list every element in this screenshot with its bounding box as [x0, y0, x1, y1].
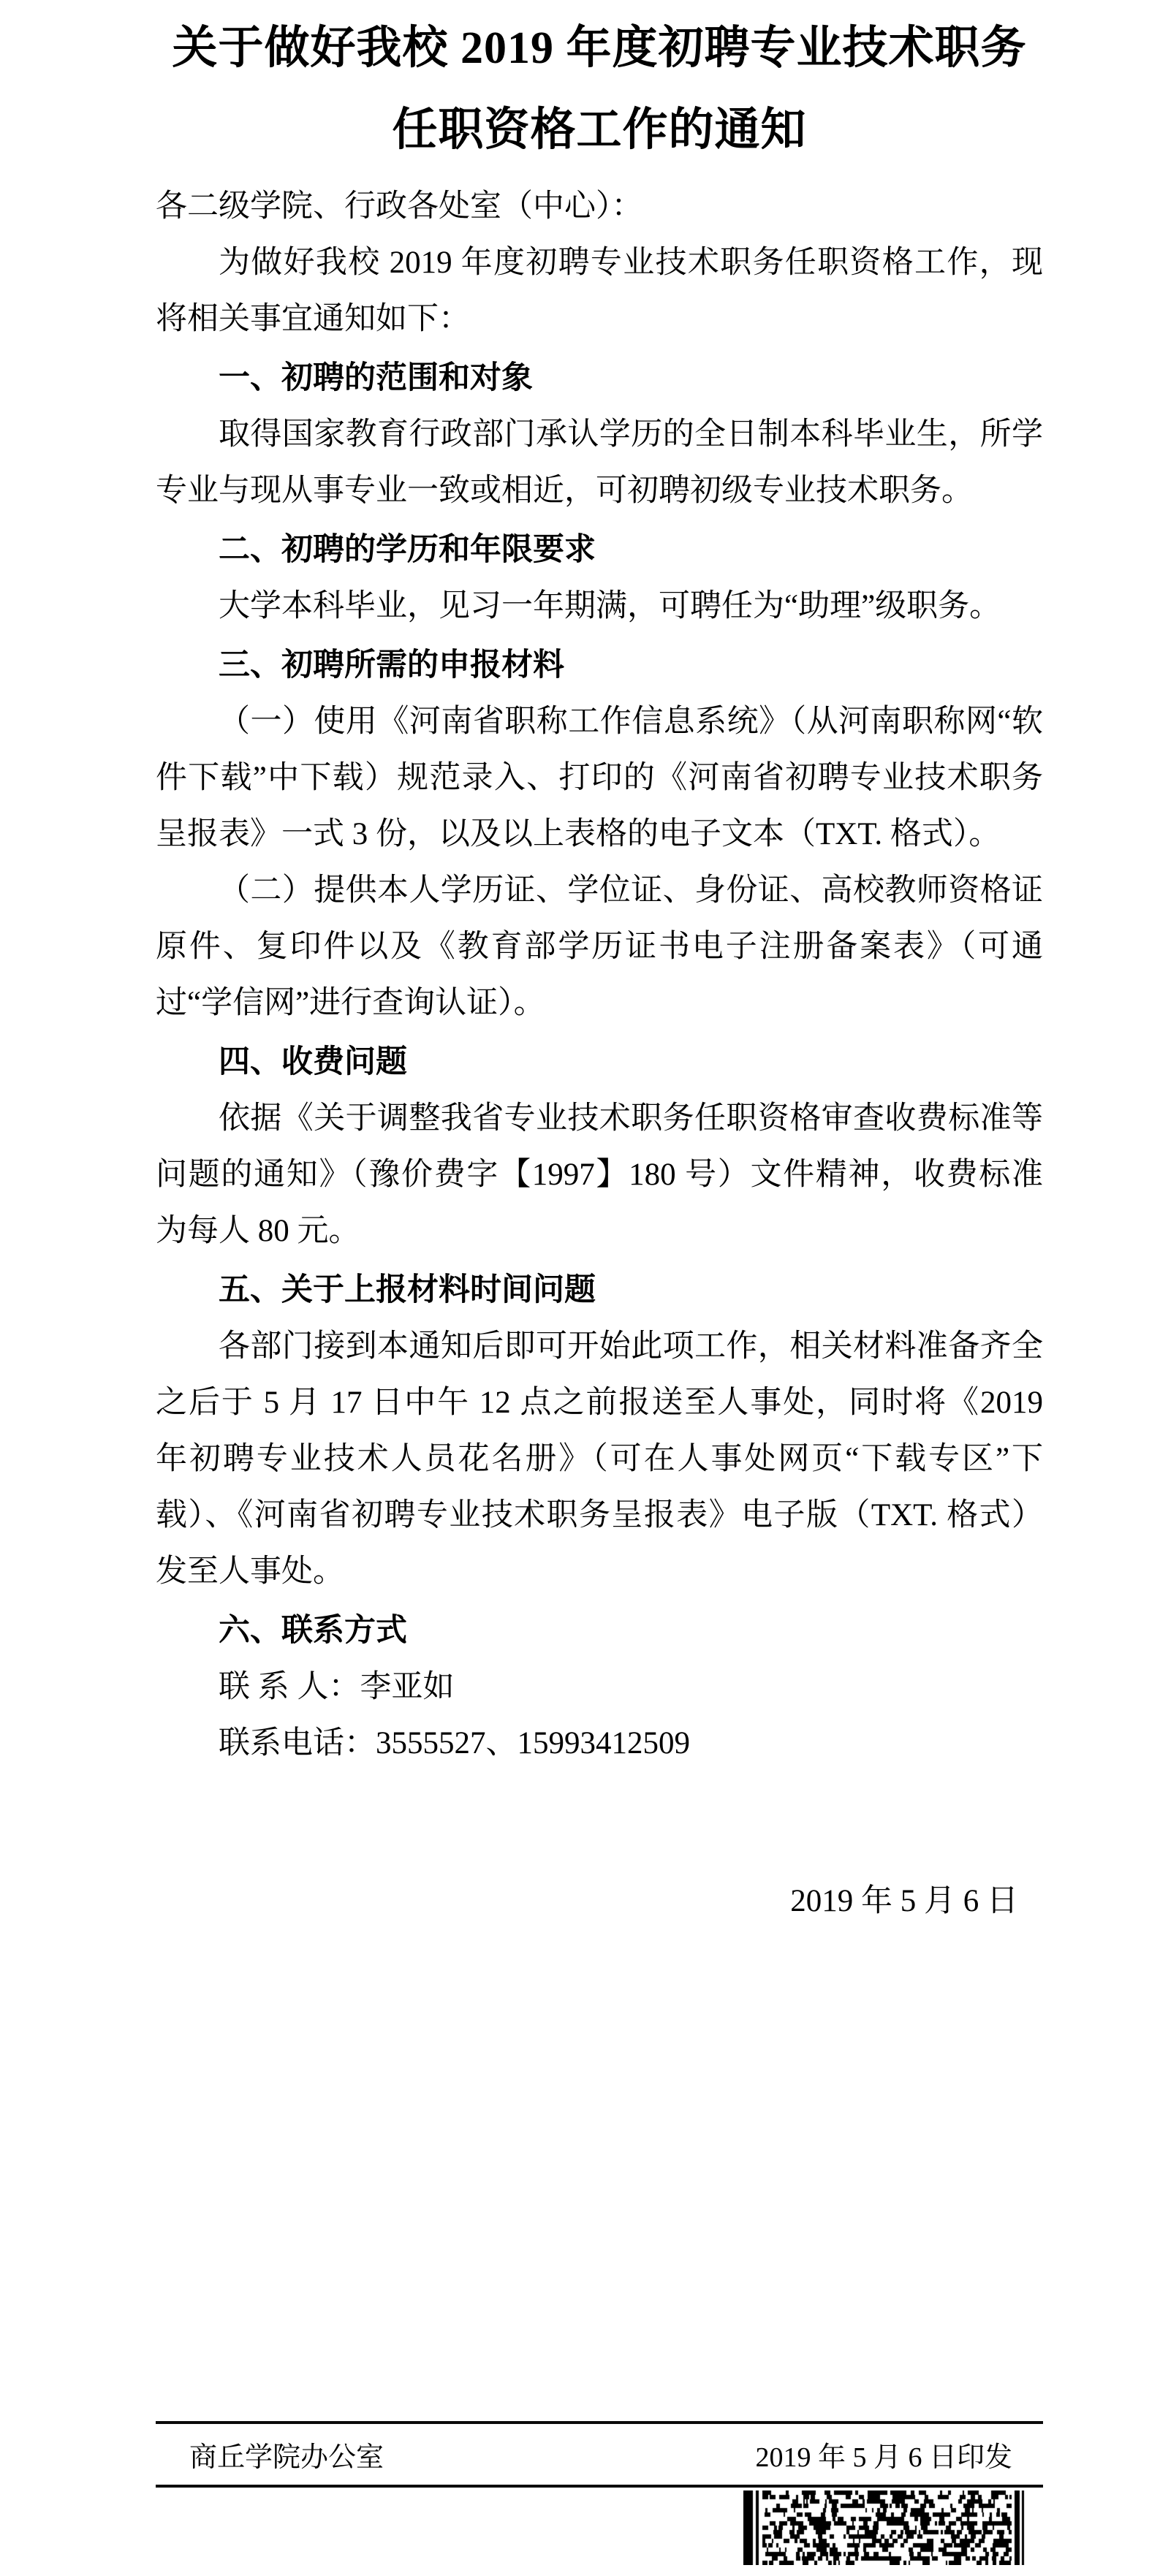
section-3-paragraph-1: （一）使用《河南省职称工作信息系统》（从河南职称网“软件下载”中下载）规范录入、…: [156, 694, 1043, 862]
footer: 商丘学院办公室 2019 年 5 月 6 日印发: [156, 2421, 1043, 2488]
section-2-heading: 二、初聘的学历和年限要求: [156, 522, 1043, 578]
notice-document: { "document": { "title_line1": "关于做好我校 2…: [0, 0, 1160, 2576]
footer-office-name: 商丘学院办公室: [189, 2434, 384, 2474]
section-4-heading: 四、收费问题: [156, 1034, 1043, 1090]
barcode: [743, 2490, 1027, 2565]
document-body: 关于做好我校 2019 年度初聘专业技术职务 任职资格工作的通知 各二级学院、行…: [156, 0, 1043, 1771]
section-2-paragraph-1: 大学本科毕业，见习一年期满，可聘任为“助理”级职务。: [156, 578, 1043, 634]
page-title: 关于做好我校 2019 年度初聘专业技术职务 任职资格工作的通知: [156, 0, 1043, 171]
intro-paragraph: 为做好我校 2019 年度初聘专业技术职务任职资格工作，现将相关事宜通知如下：: [156, 235, 1043, 347]
section-4-paragraph-1: 依据《关于调整我省专业技术职务任职资格审查收费标准等问题的通知》（豫价费字【19…: [156, 1090, 1043, 1259]
section-1-heading: 一、初聘的范围和对象: [156, 350, 1043, 406]
contact-phone-line: 联系电话：3555527、15993412509: [156, 1715, 1043, 1771]
section-6-heading: 六、联系方式: [156, 1603, 1043, 1659]
section-1-paragraph-1: 取得国家教育行政部门承认学历的全日制本科毕业生，所学专业与现从事专业一致或相近，…: [156, 406, 1043, 519]
section-3-paragraph-2: （二）提供本人学历证、学位证、身份证、高校教师资格证原件、复印件以及《教育部学历…: [156, 862, 1043, 1031]
section-5-heading: 五、关于上报材料时间问题: [156, 1262, 1043, 1318]
footer-row: 商丘学院办公室 2019 年 5 月 6 日印发: [156, 2424, 1043, 2485]
title-line-1: 关于做好我校 2019 年度初聘专业技术职务: [156, 7, 1043, 89]
section-5-paragraph-1: 各部门接到本通知后即可开始此项工作，相关材料准备齐全之后于 5 月 17 日中午…: [156, 1318, 1043, 1600]
footer-print-date: 2019 年 5 月 6 日印发: [755, 2434, 1012, 2474]
issue-date: 2019 年 5 月 6 日: [790, 1873, 1018, 1929]
contact-person-line: 联 系 人：李亚如: [156, 1659, 1043, 1715]
title-line-2: 任职资格工作的通知: [156, 89, 1043, 171]
section-3-heading: 三、初聘所需的申报材料: [156, 637, 1043, 694]
document-page: 关于做好我校 2019 年度初聘专业技术职务 任职资格工作的通知 各二级学院、行…: [0, 0, 1160, 2576]
salutation: 各二级学院、行政各处室（中心）：: [156, 178, 1043, 235]
